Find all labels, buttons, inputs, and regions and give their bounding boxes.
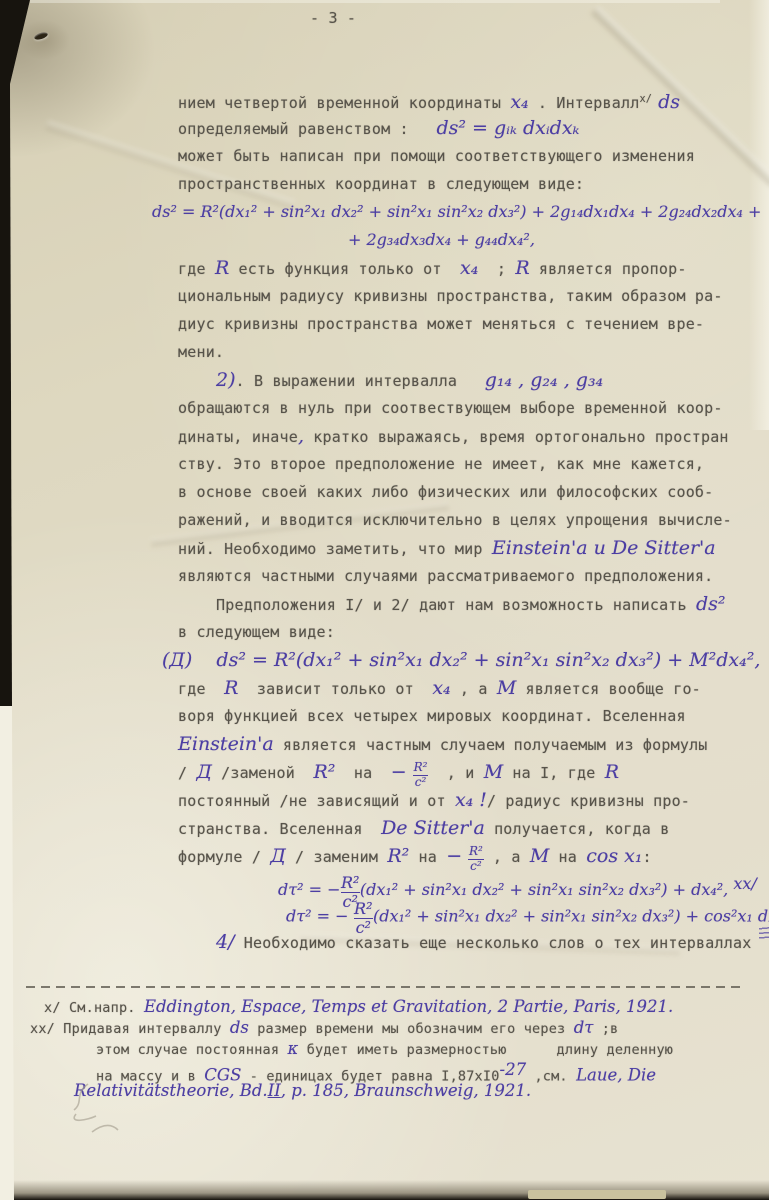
handwritten-text: R² (313, 761, 335, 783)
formula-line: + 2g₃₄dx₃dx₄ + g₄₄dx₄², (178, 226, 763, 254)
typed-text: , и (428, 764, 483, 782)
text-line: в следующем виде: (178, 618, 763, 646)
typed-text: будет иметь размерностью длину деленную (298, 1042, 673, 1058)
typed-text: мени. (178, 343, 224, 361)
typed-text: где (178, 260, 215, 278)
handwritten-text: R (215, 257, 229, 279)
handwritten-text: R² (387, 845, 409, 867)
handwritten-text: Laue, Die (576, 1066, 656, 1085)
handwritten-text: ds (652, 91, 680, 113)
typed-text: . Интервалл (529, 94, 640, 112)
fraction: R²c² (468, 845, 484, 874)
typed-text: х/ См.напр. (44, 1000, 144, 1016)
typed-text: / (178, 764, 196, 782)
handwritten-text: x₄ (460, 257, 478, 279)
crossed-out-mark (759, 926, 769, 940)
text-line: где R есть функция только от x₄ ; R явля… (178, 254, 763, 282)
handwritten-text: M (530, 845, 549, 867)
text-line: странства. Вселенная De Sitter'а получае… (178, 814, 763, 842)
text-line: 4/ Необходимо сказать еще несколько слов… (178, 926, 763, 954)
handwritten-text: R (515, 257, 529, 279)
typed-text: формуле / (178, 848, 270, 866)
text-line: мени. (178, 338, 763, 366)
handwritten-text: , p. 185, Braunschweig, 1921. (281, 1081, 531, 1100)
bottom-sheet-sliver (528, 1190, 666, 1199)
typed-text: / заменим (286, 848, 388, 866)
handwritten-text: x₄ (510, 91, 528, 113)
typed-text: есть функция только от (229, 260, 460, 278)
text-line: / Д /заменой R² на − R²c² , и M на I, гд… (178, 758, 763, 786)
typed-text: x/ (639, 94, 652, 105)
typed-text: хх/ Придавая интерваллу (30, 1021, 230, 1037)
pencil-scribble (58, 1076, 138, 1156)
formula-line: ds² = R²(dx₁² + sin²x₁ dx₂² + sin²x₁ sin… (152, 198, 763, 226)
typed-text: диус кривизны пространства может менятьс… (178, 315, 704, 333)
typed-text: - 3 - (310, 9, 356, 27)
typed-text: воря функцией всех четырех мировых коорд… (178, 707, 686, 725)
handwritten-text: ds (230, 1018, 249, 1037)
typed-text: странства. Вселенная (178, 820, 381, 838)
handwritten-text: cos x₁ (586, 845, 642, 867)
handwritten-text: (Д) ds² = R²(dx₁² + sin²x₁ dx₂² + sin²x₁… (162, 649, 760, 671)
handwritten-text: -27 (500, 1060, 527, 1079)
typed-text: . В выражении интервалла (236, 372, 485, 390)
handwritten-text: + 2g₃₄dx₃dx₄ + g₄₄dx₄², (348, 230, 535, 249)
typed-text: в основе своей каких либо физических или… (178, 483, 713, 501)
text-line: ражений, и вводится исключительно в целя… (178, 506, 763, 534)
text-line: формуле / Д / заменим R² на − R²c² , а M… (178, 842, 763, 870)
typed-text: ;в (593, 1021, 618, 1037)
typed-text: в следующем виде: (178, 623, 335, 641)
handwritten-text: Д (270, 845, 285, 867)
text-line: динаты, иначе, кратко выражаясь, время о… (178, 422, 763, 450)
typed-text: обращаются в нуль при соотвествующем выб… (178, 399, 723, 417)
typed-text: может быть написан при помощи соответств… (178, 147, 695, 165)
text-line: диус кривизны пространства может менятьс… (178, 310, 763, 338)
fraction: R²c² (354, 900, 373, 938)
fraction: R²c² (413, 761, 429, 790)
typed-text: этом случае постоянная (96, 1042, 288, 1058)
typed-text: является вообще го- (516, 680, 701, 698)
handwritten-text: x₄ (432, 677, 450, 699)
typed-text: являются частными случаями рассматриваем… (178, 567, 713, 585)
typed-text: ству. Это второе предположение не имеет,… (178, 455, 704, 473)
typed-text: на (409, 848, 446, 866)
handwritten-text: (dx₁² + sin²x₁ dx₂² + sin²x₁ sin²x₂ dx₃²… (373, 906, 769, 925)
typed-text: / радиус кривизны про- (487, 792, 690, 810)
typed-text: циональным радиусу кривизны пространства… (178, 287, 723, 305)
handwritten-text: g₁₄ , g₂₄ , g₃₄ (485, 369, 603, 391)
typed-text: ражений, и вводится исключительно в целя… (178, 511, 732, 529)
handwritten-text: ds² (696, 593, 726, 615)
typed-text: , а (451, 680, 497, 698)
typed-text: получается, когда в (485, 820, 670, 838)
typed-text: динаты, иначе (178, 428, 298, 446)
typed-text: где (178, 680, 224, 698)
handwritten-text: R (605, 761, 619, 783)
typed-text: является пропор- (530, 260, 687, 278)
text-line: 2). В выражении интервалла g₁₄ , g₂₄ , g… (178, 366, 763, 394)
text-line: циональным радиусу кривизны пространства… (178, 282, 763, 310)
typed-text: Предположения I/ и 2/ дают нам возможнос… (216, 596, 696, 614)
text-line: постоянный /не зависящий и от x₄ !/ ради… (178, 786, 763, 814)
typed-text: пространственных координат в следующем в… (178, 175, 584, 193)
typed-text: постоянный /не зависящий и от (178, 792, 455, 810)
handwritten-text: Eddington, Espace, Temps et Gravitation,… (144, 997, 673, 1016)
footnote-line: этом случае постоянная κ будет иметь раз… (30, 1038, 760, 1059)
handwritten-text: dτ² = − (278, 880, 341, 899)
handwritten-text: x₄ ! (455, 789, 487, 811)
typed-text: на I, где (503, 764, 605, 782)
typed-text: кратко выражаясь, время ортогонально про… (304, 428, 729, 446)
top-edge-highlight (30, 0, 720, 3)
typed-text: зависит только от (238, 680, 432, 698)
handwritten-text: Einstein'а и De Sitter'а (492, 537, 716, 559)
text-line: обращаются в нуль при соотвествующем выб… (178, 394, 763, 422)
typed-text: /заменой (212, 764, 314, 782)
text-line: определяемый равенством : ds² = gᵢₖ dxᵢd… (178, 114, 763, 142)
text-line: может быть написан при помощи соответств… (178, 142, 763, 170)
typed-text: является частным случаем получаемым из ф… (274, 736, 708, 754)
footnotes-block: х/ См.напр. Eddington, Espace, Temps et … (30, 996, 760, 1101)
text-line: в основе своей каких либо физических или… (178, 478, 763, 506)
formula-line: (Д) ds² = R²(dx₁² + sin²x₁ dx₂² + sin²x₁… (162, 646, 763, 674)
handwritten-text: Einstein'а (178, 733, 274, 755)
text-line: Предположения I/ и 2/ дают нам возможнос… (178, 590, 763, 618)
handwritten-text: κ (288, 1039, 299, 1058)
formula-line: dτ² = −R²c²(dx₁² + sin²x₁ dx₂² + sin²x₁ … (178, 870, 763, 898)
text-line: ству. Это второе предположение не имеет,… (178, 450, 763, 478)
handwritten-text: 2) (216, 369, 236, 391)
text-line: пространственных координат в следующем в… (178, 170, 763, 198)
page-number: - 3 - (178, 4, 763, 32)
text-line: где R зависит только от x₄ , а M являетс… (178, 674, 763, 702)
typed-text: : (642, 848, 651, 866)
handwritten-text: R (224, 677, 238, 699)
handwritten-text: − (446, 845, 468, 867)
handwritten-text: ds² = R²(dx₁² + sin²x₁ dx₂² + sin²x₁ sin… (152, 202, 761, 221)
scanned-document-page: - 3 -нием четвертой временной координаты… (0, 0, 769, 1200)
handwritten-text: II (268, 1081, 281, 1100)
text-line: являются частными случаями рассматриваем… (178, 562, 763, 590)
handwritten-text: 4/ (216, 931, 235, 953)
handwritten-text: De Sitter'а (381, 817, 485, 839)
handwritten-text: Д (196, 761, 211, 783)
footnote-line: хх/ Придавая интерваллу ds размер времен… (30, 1017, 760, 1038)
typed-text: , а (484, 848, 530, 866)
footnote-line: на массу и в CGS - единицах будет равна … (30, 1059, 760, 1080)
staple-dimple (18, 20, 70, 60)
text-line: ний. Необходимо заметить, что мир Einste… (178, 534, 763, 562)
handwritten-text: ds² = gᵢₖ dxᵢdxₖ (436, 117, 579, 139)
typed-text: определяемый равенством : (178, 120, 436, 138)
text-line: воря функцией всех четырех мировых коорд… (178, 702, 763, 730)
handwritten-text: − (391, 761, 413, 783)
handwritten-text: xx/ (728, 874, 757, 893)
typed-text: Необходимо сказать еще несколько слов о … (235, 934, 752, 952)
typed-text: на (335, 764, 390, 782)
typed-text: на (549, 848, 586, 866)
footnote-separator (26, 986, 742, 988)
handwritten-text: dτ (574, 1018, 594, 1037)
typed-text: размер времени мы обозначим его через (249, 1021, 574, 1037)
handwritten-text: (dx₁² + sin²x₁ dx₂² + sin²x₁ sin²x₂ dx₃²… (360, 880, 728, 899)
typed-text: ,см. (526, 1069, 576, 1085)
text-line: нием четвертой временной координаты x₄ .… (178, 86, 763, 114)
typed-body: - 3 -нием четвертой временной координаты… (178, 4, 763, 954)
formula-line: dτ² = − R²c²(dx₁² + sin²x₁ dx₂² + sin²x₁… (178, 898, 763, 926)
handwritten-text: M (484, 761, 503, 783)
paper-sheet: - 3 -нием четвертой временной координаты… (0, 0, 769, 1200)
typed-text: нием четвертой временной координаты (178, 94, 510, 112)
typed-text: ; (478, 260, 515, 278)
text-line: Einstein'а является частным случаем полу… (178, 730, 763, 758)
footnote-line: х/ См.напр. Eddington, Espace, Temps et … (30, 996, 760, 1017)
handwritten-text: M (497, 677, 516, 699)
typed-text: ний. Необходимо заметить, что мир (178, 540, 492, 558)
